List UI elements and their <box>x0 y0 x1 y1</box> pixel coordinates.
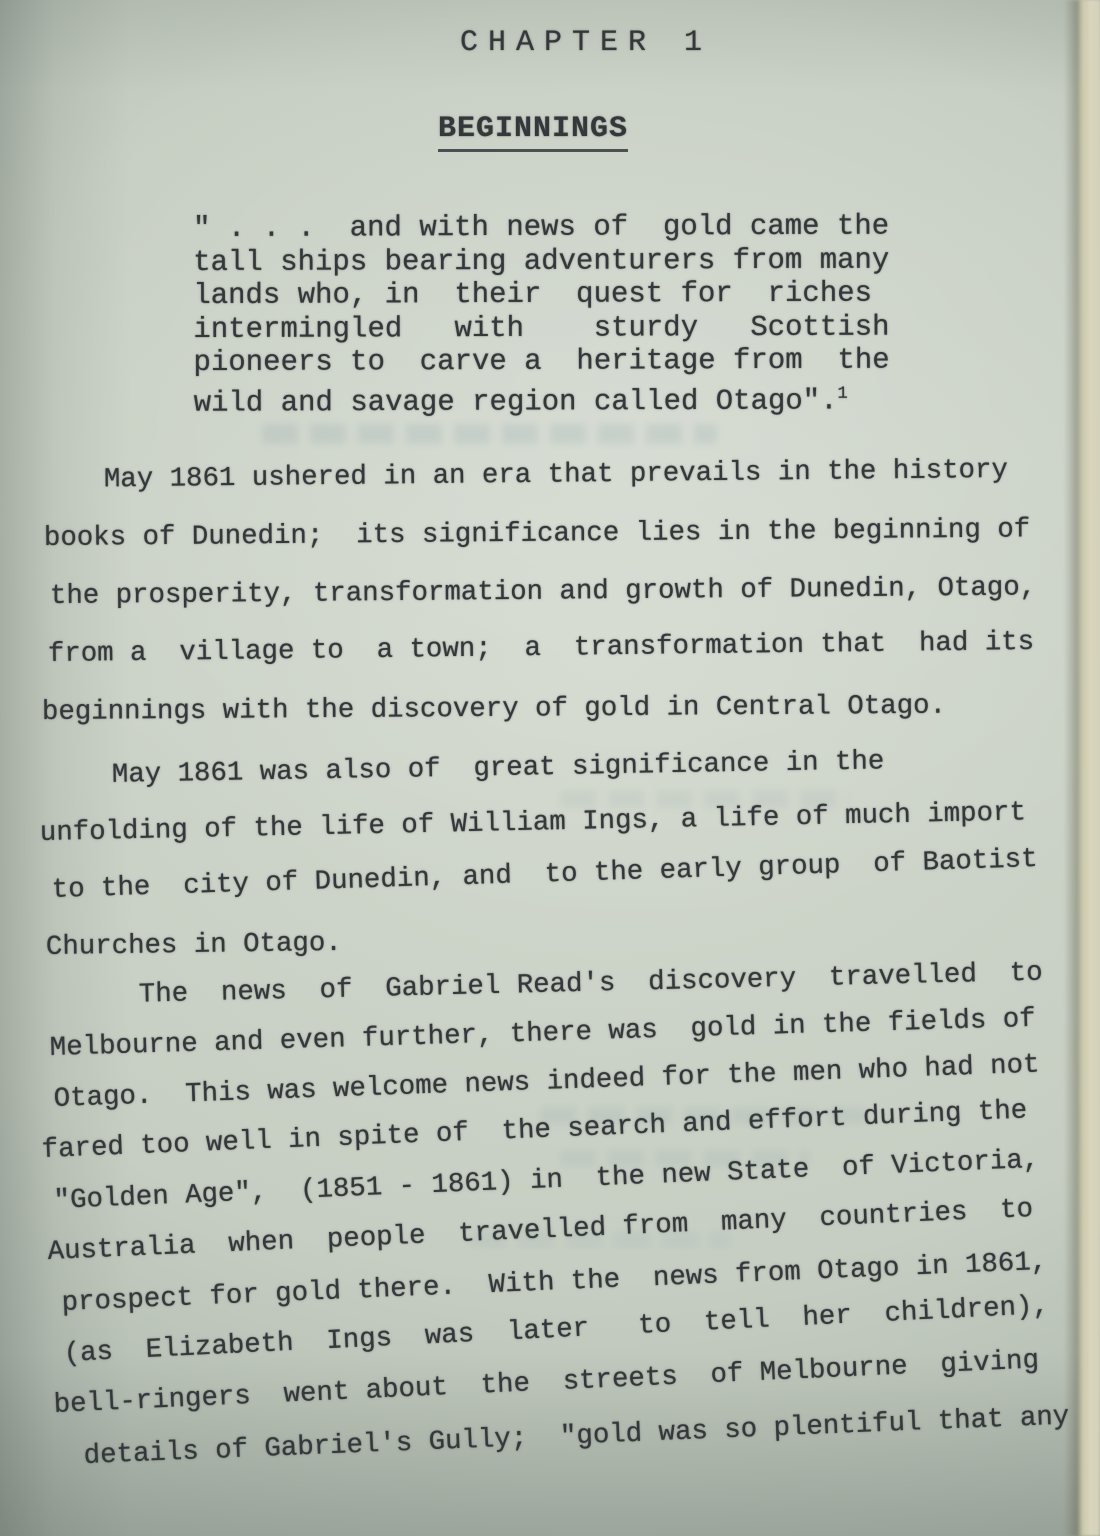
body-line: May 1861 ushered in an era that prevails… <box>44 442 1031 510</box>
quote-block: " . . . and with news of gold came the t… <box>193 210 890 420</box>
quote-line: pioneers to carve a heritage from the <box>193 344 889 380</box>
quote-line: intermingled with sturdy Scottish <box>193 310 889 346</box>
paragraph: May 1861 ushered in an era that prevails… <box>44 452 1030 742</box>
document-photo: CHAPTER 1 BEGINNINGS " . . . and with ne… <box>0 0 1100 1536</box>
chapter-heading: BEGINNINGS <box>438 112 628 152</box>
body-line: from a village to a town; a transformati… <box>48 614 1035 684</box>
footnote-marker: 1 <box>838 384 848 403</box>
paragraph: May 1861 was also of great significance … <box>44 748 1030 976</box>
body-line: books of Dunedin; its significance lies … <box>44 501 1031 568</box>
quote-line: " . . . and with news of gold came the <box>193 210 889 246</box>
quote-line: tall ships bearing adventurers from many <box>193 243 889 279</box>
paragraph: The news of Gabriel Read's discovery tra… <box>44 972 1043 1482</box>
bleedthrough-smudge <box>262 424 717 444</box>
body-line: beginnings with the discovery of gold in… <box>42 677 1029 742</box>
quote-line: lands who, in their quest for riches <box>193 277 889 313</box>
chapter-label: CHAPTER 1 <box>36 26 1100 60</box>
quote-line-text: wild and savage region called Otago". <box>194 384 838 419</box>
page-edge <box>1064 0 1100 1536</box>
quote-line: wild and savage region called Otago".1 <box>194 377 890 420</box>
